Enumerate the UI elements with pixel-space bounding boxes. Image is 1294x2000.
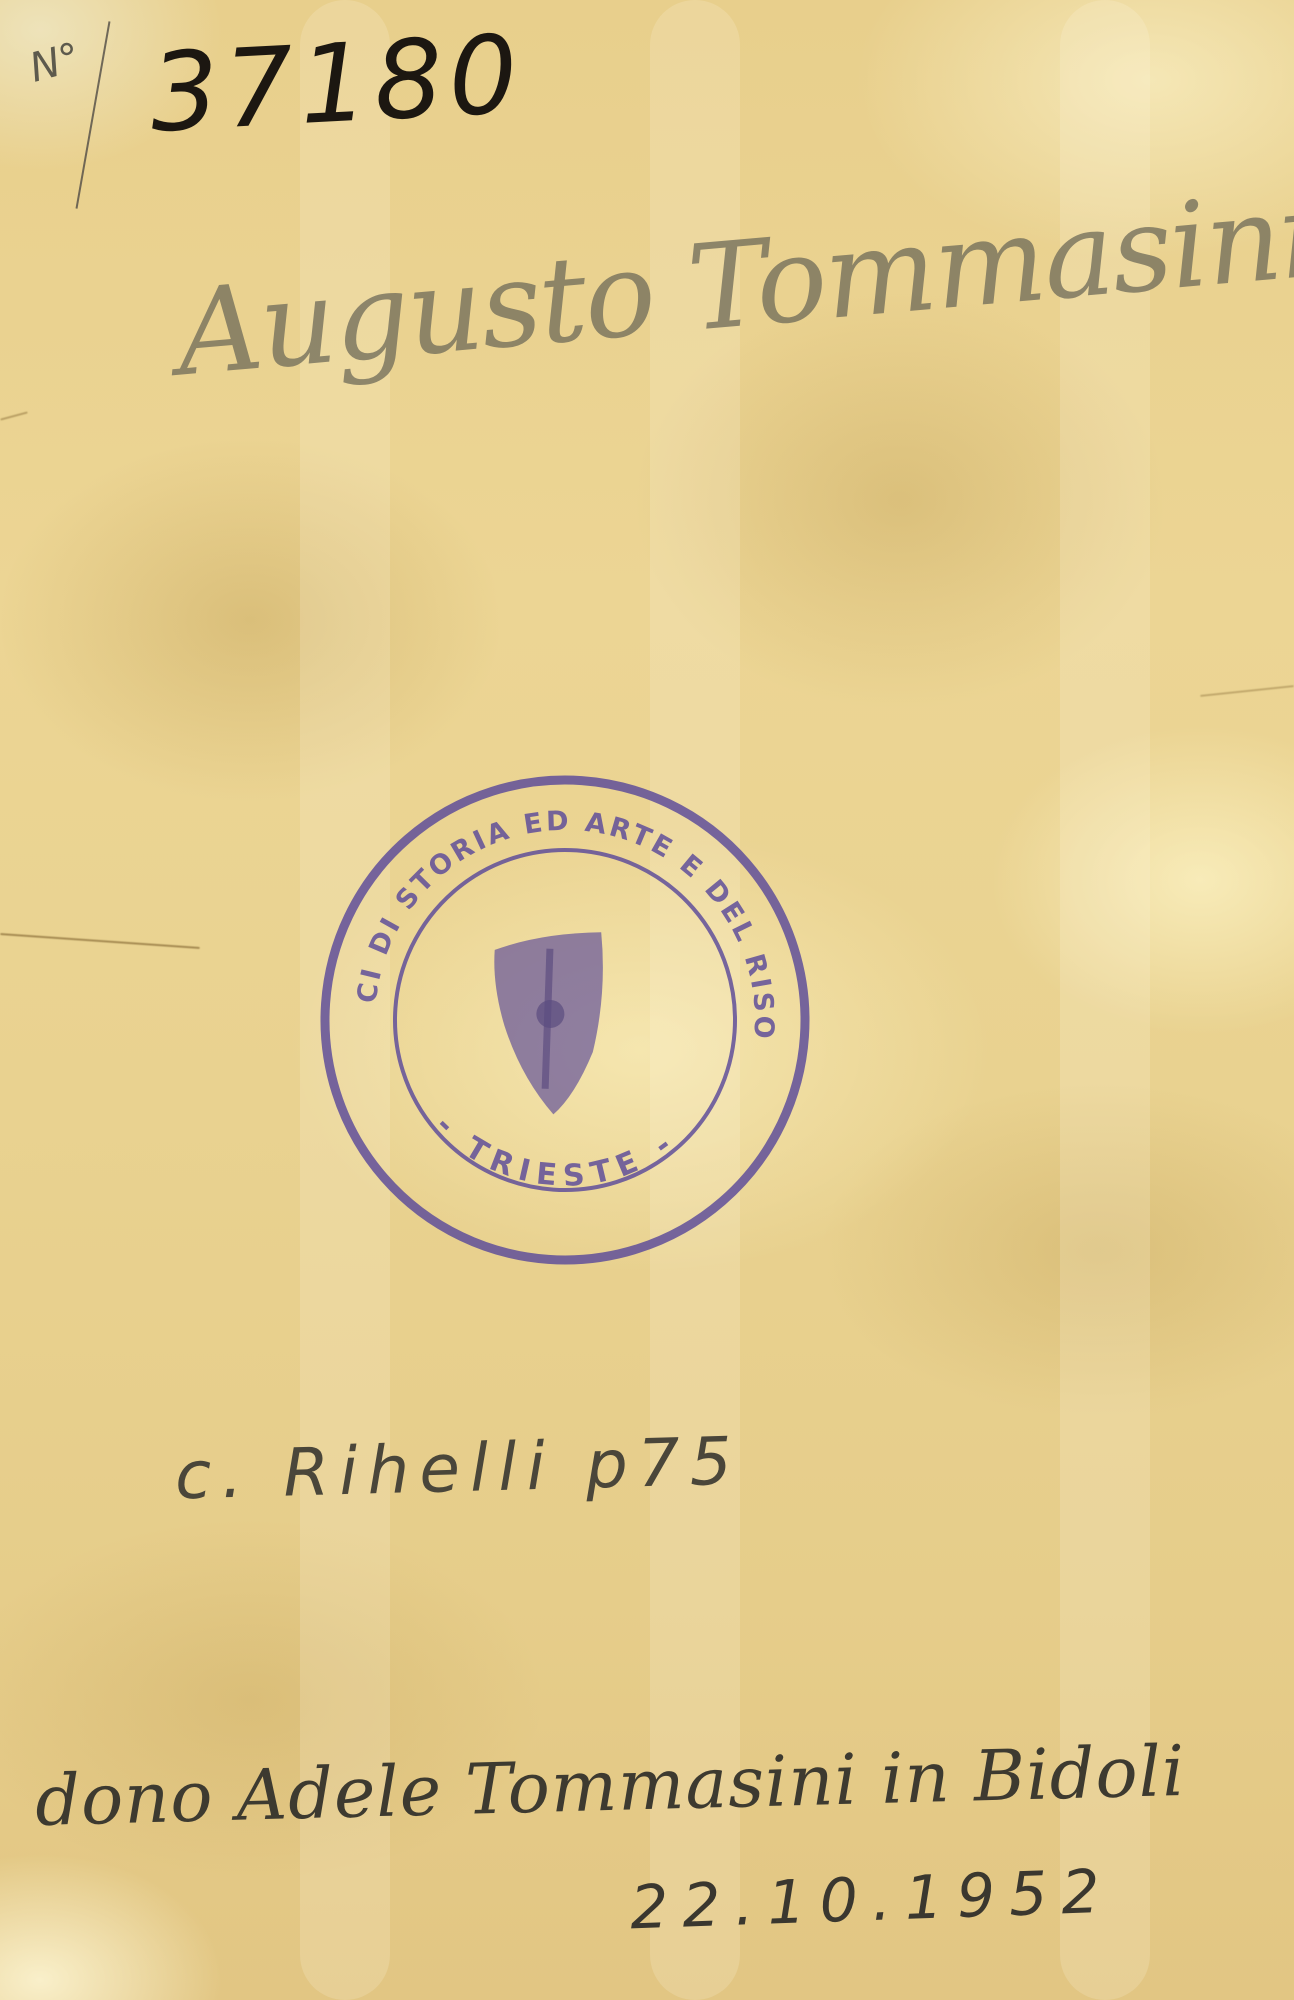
inventory-prefix: N° xyxy=(25,34,85,91)
reference-note: c. Rihelli p75 xyxy=(174,1423,743,1515)
fold-crease xyxy=(1200,685,1294,697)
inventory-divider xyxy=(76,21,111,208)
stamp-graphic: MUSEI CIVICI DI STORIA ED ARTE E DEL RIS… xyxy=(287,742,842,1297)
donation-inscription: dono Adele Tommasini in Bidoli xyxy=(34,1730,1186,1842)
document-paper: N° 37180 Augusto Tommasini MUSEI CIVICI … xyxy=(0,0,1294,2000)
halberd-shield-icon xyxy=(484,925,607,1117)
fold-crease xyxy=(0,933,200,949)
inventory-number: 37180 xyxy=(147,12,527,156)
museum-stamp: MUSEI CIVICI DI STORIA ED ARTE E DEL RIS… xyxy=(287,742,842,1297)
stamp-city-text: - TRIESTE - xyxy=(425,1107,687,1203)
fold-crease xyxy=(0,411,28,420)
